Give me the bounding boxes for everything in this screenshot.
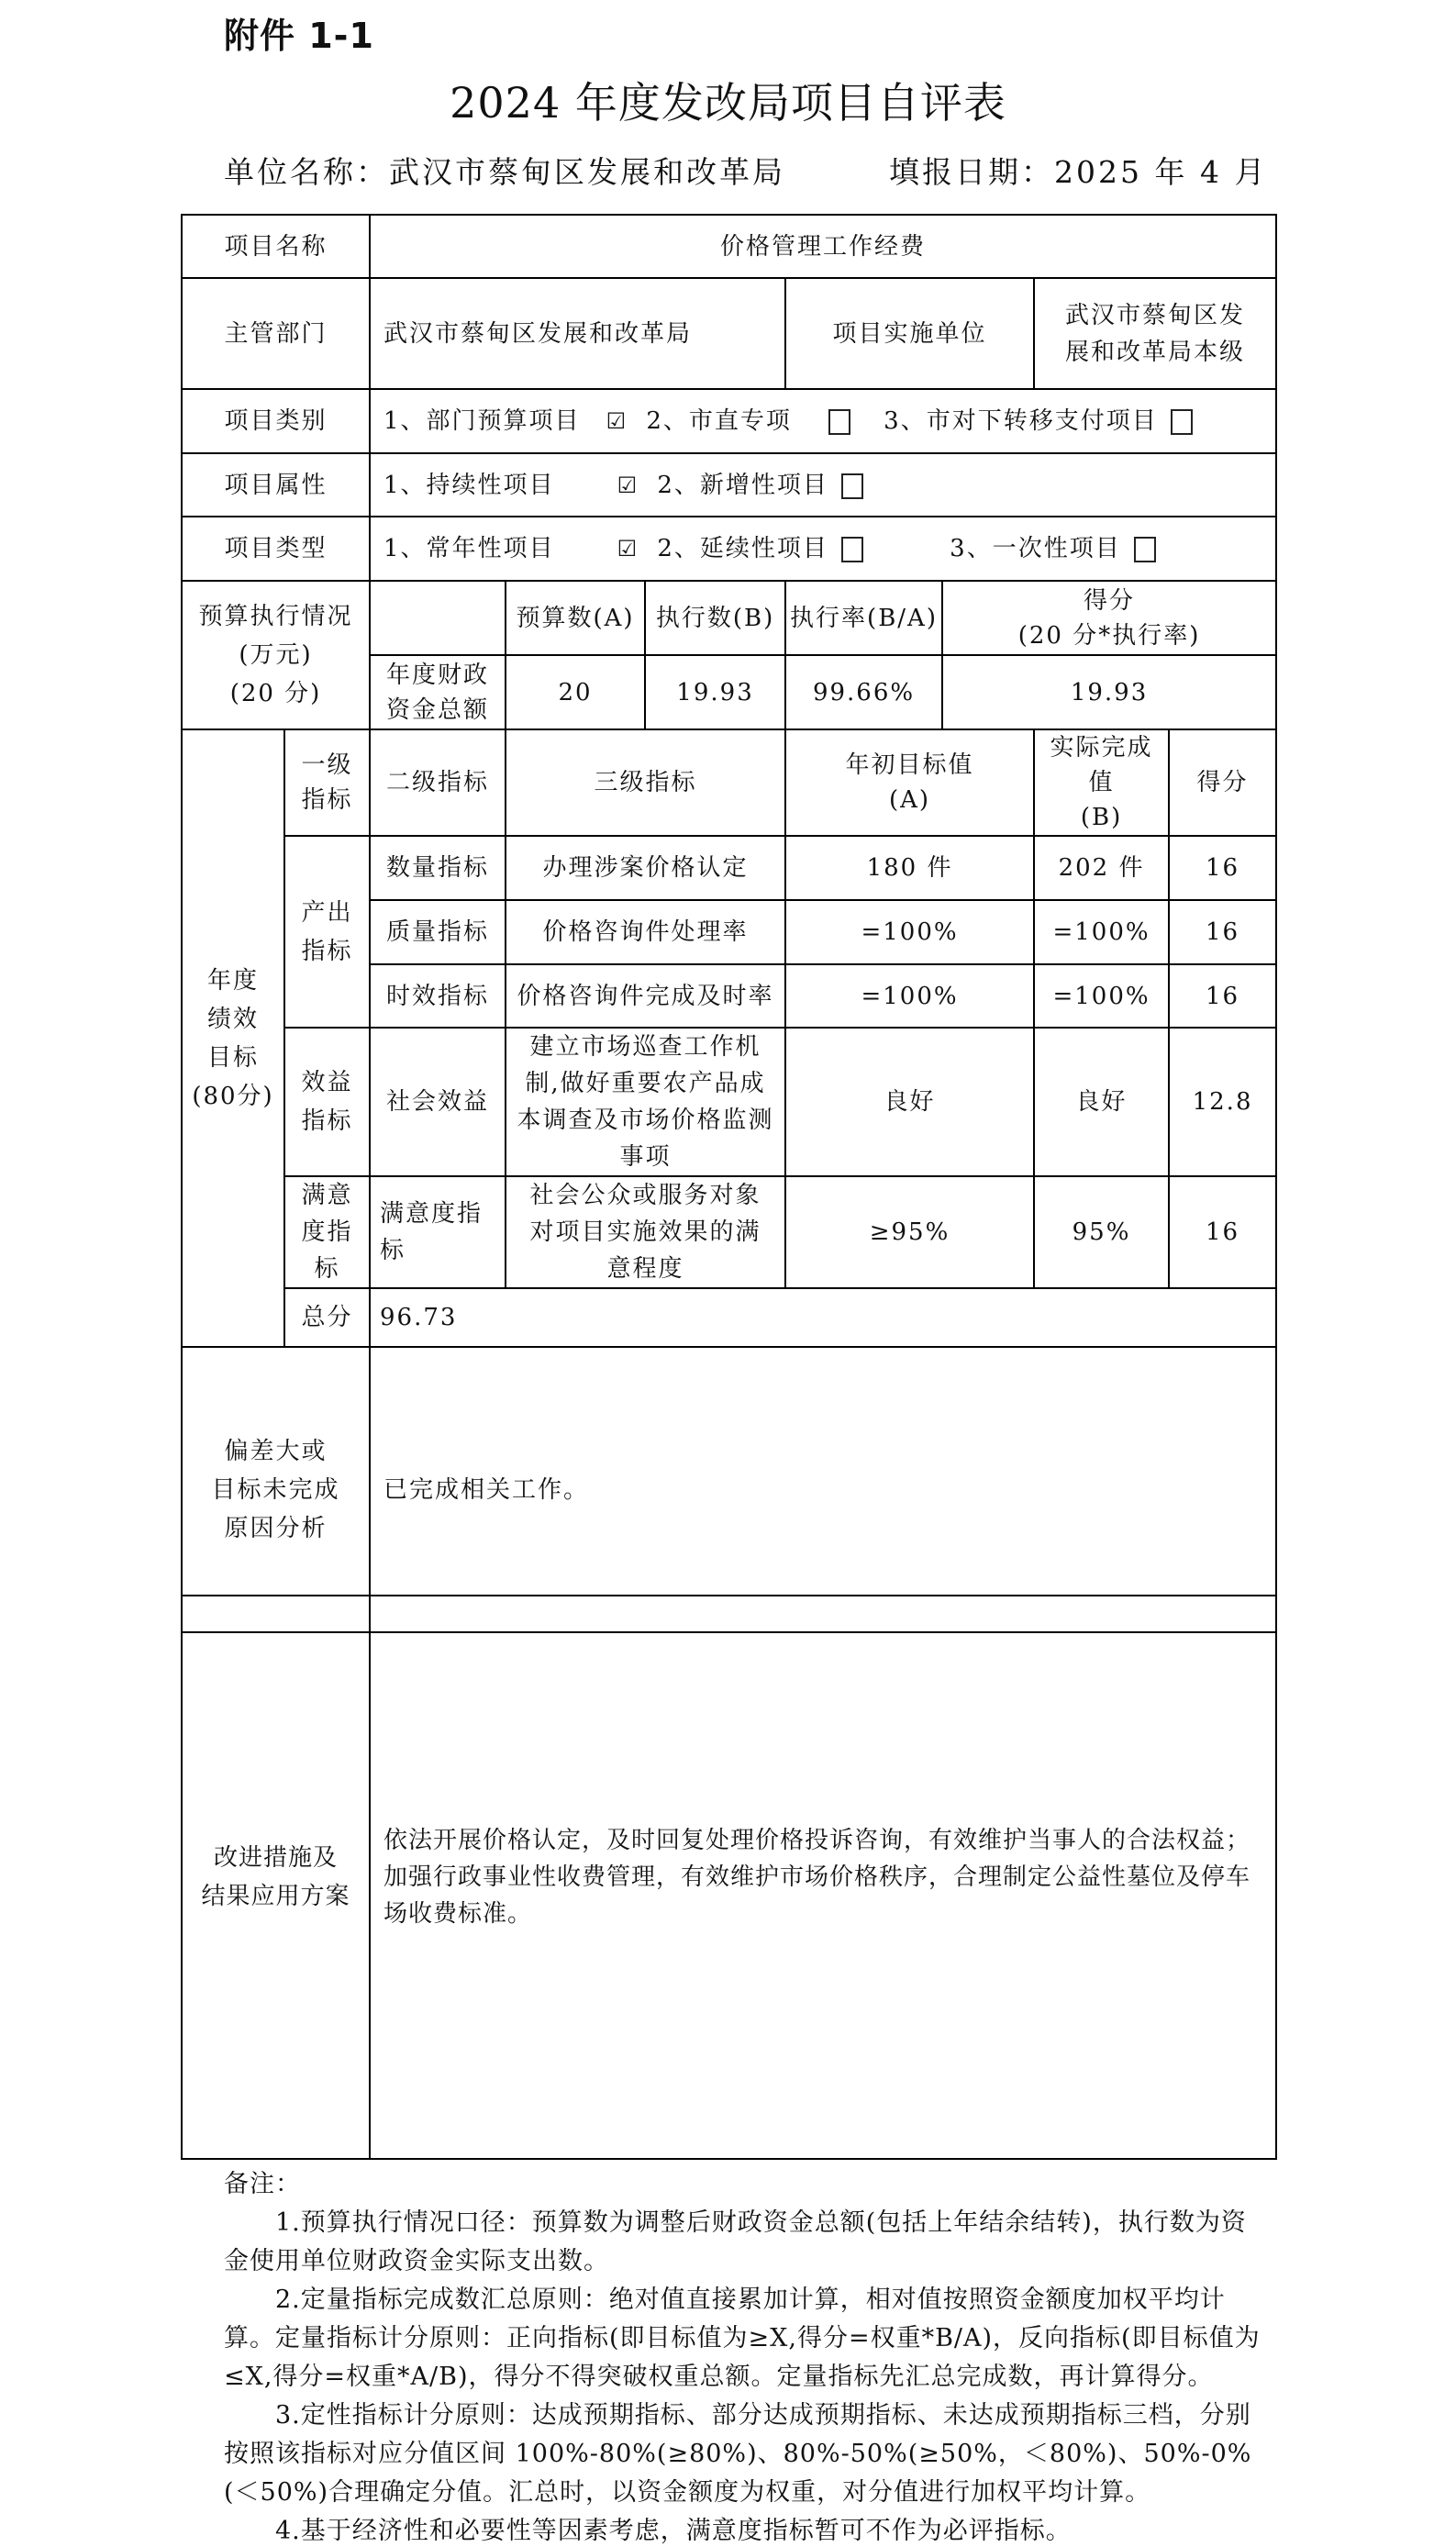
checkbox-empty-icon[interactable] <box>1134 537 1156 562</box>
checkbox-checked-icon[interactable]: ☑ <box>606 408 628 434</box>
type-option-3: 3、一次性项目 <box>950 535 1121 562</box>
improvement-label: 改进措施及 结果应用方案 <box>182 1596 370 2159</box>
notes-title: 备注： <box>224 2165 1261 2204</box>
row-category: 项目类别 1、部门预算项目☑ 2、市直专项 3、市对下转移支付项目 <box>182 389 1276 453</box>
row-total: 总分 96.73 <box>182 1288 1276 1347</box>
unit-name: 单位名称：武汉市蔡甸区发展和改革局 <box>224 154 785 190</box>
row-project-name: 项目名称 价格管理工作经费 <box>182 215 1276 278</box>
actual-cell: 202 件 <box>1034 836 1169 900</box>
deviation-label: 偏差大或 目标未完成 原因分析 <box>182 1347 370 1632</box>
notes-section: 备注： 1.预算执行情况口径：预算数为调整后财政资金总额(包括上年结余结转)，执… <box>224 2165 1261 2547</box>
checkbox-empty-icon[interactable] <box>1171 409 1193 435</box>
attachment-label: 附件 1-1 <box>224 7 374 58</box>
score-cell: 16 <box>1169 1176 1276 1288</box>
type-options: 1、常年性项目☑ 2、延续性项目 3、一次性项目 <box>370 517 1276 581</box>
checkbox-empty-icon[interactable] <box>841 537 863 562</box>
actual-cell: =100% <box>1034 900 1169 964</box>
note-item: 4.基于经济性和必要性等因素考虑，满意度指标暂可不作为必评指标。 <box>224 2512 1261 2547</box>
row-budget-header: 预算执行情况 (万元) (20 分) 预算数(A) 执行数(B) 执行率(B/A… <box>182 581 1276 655</box>
level1-benefit: 效益 指标 <box>284 1028 370 1176</box>
budget-score: 19.93 <box>942 655 1276 729</box>
note-item: 2.定量指标完成数汇总原则：绝对值直接累加计算，相对值按照资金额度加权平均计算。… <box>224 2281 1261 2397</box>
execution-rate: 99.66% <box>785 655 942 729</box>
budget-amount: 20 <box>506 655 645 729</box>
row-type: 项目类型 1、常年性项目☑ 2、延续性项目 3、一次性项目 <box>182 517 1276 581</box>
level1-output: 产出 指标 <box>284 836 370 1028</box>
attribute-label: 项目属性 <box>182 453 370 517</box>
impl-unit-label: 项目实施单位 <box>785 278 1034 389</box>
header-actual: 实际完成值 (B) <box>1034 729 1169 836</box>
checkbox-checked-icon[interactable]: ☑ <box>617 536 639 562</box>
score-cell: 16 <box>1169 836 1276 900</box>
level2-cell: 时效指标 <box>370 964 506 1028</box>
header-target: 年初目标值 (A) <box>785 729 1034 836</box>
improvement-table: 改进措施及 结果应用方案 依法开展价格认定，及时回复处理价格投诉咨询，有效维护当… <box>181 1595 1277 2160</box>
actual-cell: 95% <box>1034 1176 1169 1288</box>
budget-header-b: 执行数(B) <box>645 581 785 655</box>
perf-row: 产出 指标 数量指标 办理涉案价格认定 180 件 202 件 16 <box>182 836 1276 900</box>
budget-label: 预算执行情况 (万元) (20 分) <box>182 581 370 729</box>
level1-satisfaction: 满意 度指 标 <box>284 1176 370 1288</box>
perf-row: 满意 度指 标 满意度指标 社会公众或服务对象对项目实施效果的满意程度 ≥95%… <box>182 1176 1276 1288</box>
attribute-option-1: 1、持续性项目 <box>383 472 555 499</box>
checkbox-checked-icon[interactable]: ☑ <box>617 473 639 498</box>
type-label: 项目类型 <box>182 517 370 581</box>
level3-cell: 建立市场巡查工作机制,做好重要农产品成本调查及市场价格监测事项 <box>506 1028 785 1176</box>
target-cell: 良好 <box>785 1028 1034 1176</box>
budget-header-score: 得分 (20 分*执行率) <box>942 581 1276 655</box>
budget-header-a: 预算数(A) <box>506 581 645 655</box>
header-level2: 二级指标 <box>370 729 506 836</box>
deviation-text: 已完成相关工作。 <box>370 1347 1276 1632</box>
score-cell: 12.8 <box>1169 1028 1276 1176</box>
project-name-value: 价格管理工作经费 <box>370 215 1276 278</box>
row-attribute: 项目属性 1、持续性项目☑ 2、新增性项目 <box>182 453 1276 517</box>
category-option-3: 3、市对下转移支付项目 <box>884 407 1158 435</box>
perf-label: 年度 绩效 目标 (80分) <box>182 729 284 1347</box>
page-title: 2024 年度发改局项目自评表 <box>0 70 1456 130</box>
row-perf-header: 年度 绩效 目标 (80分) 一级 指标 二级指标 三级指标 年初目标值 (A)… <box>182 729 1276 836</box>
unit-info-line: 单位名称：武汉市蔡甸区发展和改革局 填报日期：2025 年 4 月 <box>224 149 785 192</box>
row-department: 主管部门 武汉市蔡甸区发展和改革局 项目实施单位 武汉市蔡甸区发展和改革局本级 <box>182 278 1276 389</box>
checkbox-empty-icon[interactable] <box>828 409 850 435</box>
perf-row: 效益 指标 社会效益 建立市场巡查工作机制,做好重要农产品成本调查及市场价格监测… <box>182 1028 1276 1176</box>
actual-cell: =100% <box>1034 964 1169 1028</box>
level2-cell: 满意度指标 <box>370 1176 506 1288</box>
improvement-text: 依法开展价格认定，及时回复处理价格投诉咨询，有效维护当事人的合法权益；加强行政事… <box>370 1596 1276 2159</box>
type-option-1: 1、常年性项目 <box>383 535 555 562</box>
attribute-options: 1、持续性项目☑ 2、新增性项目 <box>370 453 1276 517</box>
header-level3: 三级指标 <box>506 729 785 836</box>
level2-cell: 社会效益 <box>370 1028 506 1176</box>
self-evaluation-table: 项目名称 价格管理工作经费 主管部门 武汉市蔡甸区发展和改革局 项目实施单位 武… <box>181 214 1277 1633</box>
level3-cell: 办理涉案价格认定 <box>506 836 785 900</box>
level3-cell: 价格咨询件处理率 <box>506 900 785 964</box>
total-label: 总分 <box>284 1288 370 1347</box>
target-cell: =100% <box>785 900 1034 964</box>
budget-blank-header <box>370 581 506 655</box>
budget-header-rate: 执行率(B/A) <box>785 581 942 655</box>
category-option-2: 2、市直专项 <box>646 407 792 435</box>
impl-unit-value: 武汉市蔡甸区发展和改革局本级 <box>1034 278 1276 389</box>
attribute-option-2: 2、新增性项目 <box>657 472 828 499</box>
category-option-1: 1、部门预算项目 <box>383 407 581 435</box>
header-level1: 一级 指标 <box>284 729 370 836</box>
type-option-2: 2、延续性项目 <box>657 535 828 562</box>
level2-cell: 质量指标 <box>370 900 506 964</box>
target-cell: 180 件 <box>785 836 1034 900</box>
level2-cell: 数量指标 <box>370 836 506 900</box>
target-cell: ≥95% <box>785 1176 1034 1288</box>
project-name-label: 项目名称 <box>182 215 370 278</box>
row-deviation: 偏差大或 目标未完成 原因分析 已完成相关工作。 <box>182 1347 1276 1632</box>
row-improvement: 改进措施及 结果应用方案 依法开展价格认定，及时回复处理价格投诉咨询，有效维护当… <box>182 1596 1276 2159</box>
budget-row-label: 年度财政 资金总额 <box>370 655 506 729</box>
total-value: 96.73 <box>370 1288 1276 1347</box>
checkbox-empty-icon[interactable] <box>841 473 863 499</box>
level3-cell: 价格咨询件完成及时率 <box>506 964 785 1028</box>
score-cell: 16 <box>1169 964 1276 1028</box>
note-item: 1.预算执行情况口径：预算数为调整后财政资金总额(包括上年结余结转)，执行数为资… <box>224 2204 1261 2281</box>
executed-amount: 19.93 <box>645 655 785 729</box>
fill-date: 填报日期：2025 年 4 月 <box>889 149 1267 192</box>
dept-value: 武汉市蔡甸区发展和改革局 <box>370 278 785 389</box>
category-label: 项目类别 <box>182 389 370 453</box>
header-score: 得分 <box>1169 729 1276 836</box>
dept-label: 主管部门 <box>182 278 370 389</box>
level3-cell: 社会公众或服务对象对项目实施效果的满意程度 <box>506 1176 785 1288</box>
category-options: 1、部门预算项目☑ 2、市直专项 3、市对下转移支付项目 <box>370 389 1276 453</box>
note-item: 3.定性指标计分原则：达成预期指标、部分达成预期指标、未达成预期指标三档，分别按… <box>224 2397 1261 2512</box>
score-cell: 16 <box>1169 900 1276 964</box>
actual-cell: 良好 <box>1034 1028 1169 1176</box>
target-cell: =100% <box>785 964 1034 1028</box>
